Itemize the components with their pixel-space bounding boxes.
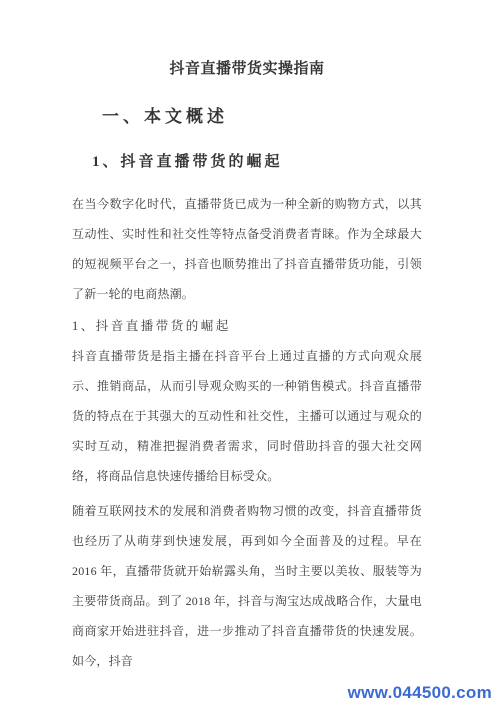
document-content: 抖音直播带货实操指南 一、本文概述 1、抖音直播带货的崛起 在当今数字化时代，直… <box>72 0 422 676</box>
document-page: 抖音直播带货实操指南 一、本文概述 1、抖音直播带货的崛起 在当今数字化时代，直… <box>0 0 500 707</box>
paragraph-definition: 抖音直播带货是指主播在抖音平台上通过直播的方式向观众展示、推销商品，从而引导观众… <box>72 341 422 491</box>
paragraph-overview: 在当今数字化时代，直播带货已成为一种全新的购物方式，以其互动性、实时性和社交性等… <box>72 189 422 309</box>
watermark-url-link[interactable]: www.044500.com <box>348 683 492 703</box>
inline-list-heading: 1、抖音直播带货的崛起 <box>72 311 422 341</box>
subsection-heading-rise: 1、抖音直播带货的崛起 <box>72 152 422 173</box>
paragraph-history: 随着互联网技术的发展和消费者购物习惯的改变，抖音直播带货也经历了从萌芽到快速发展… <box>72 496 422 676</box>
section-heading-overview: 一、本文概述 <box>72 105 422 129</box>
document-title: 抖音直播带货实操指南 <box>72 58 422 80</box>
